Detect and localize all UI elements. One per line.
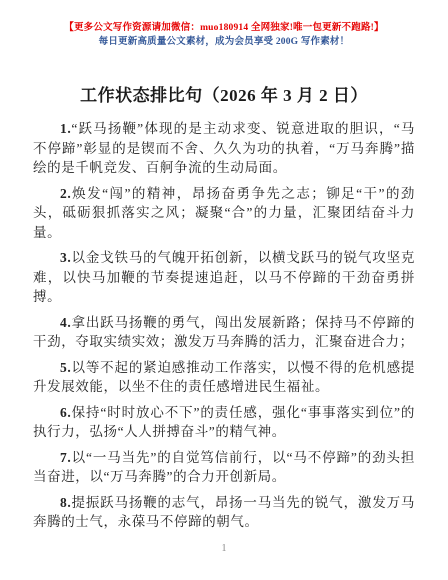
paragraph-4: 4.拿出跃马扬鞭的勇气，闯出发展新路；保持马不停蹄的干劲，夺取实绩实效；激发万马… — [33, 313, 415, 352]
paragraph-number: 2. — [60, 186, 71, 201]
paragraph-text: 以“一马当先”的自觉笃信前行，以“马不停蹄”的劲头担当奋进，以“万马奔腾”的合力… — [33, 450, 415, 485]
promo-header: 【更多公文写作资源请加微信：muo180914 全网独家!唯一包更新不跑路!】 … — [33, 22, 415, 49]
paragraph-6: 6.保持“时时放心不下”的责任感，强化“事事落实到位”的执行力，弘扬“人人拼搏奋… — [33, 403, 415, 442]
paragraph-number: 1. — [60, 121, 71, 136]
promo-line-blue: 每日更新高质量公文素材，成为会员享受 200G 写作素材！ — [33, 36, 415, 49]
document-page: 【更多公文写作资源请加微信：muo180914 全网独家!唯一包更新不跑路!】 … — [0, 0, 448, 580]
paragraph-text: 以等不起的紧迫感推动工作落实，以慢不得的危机感提升发展效能，以坐不住的责任感增进… — [33, 360, 415, 395]
paragraph-text: 拿出跃马扬鞭的勇气，闯出发展新路；保持马不停蹄的干劲，夺取实绩实效；激发万马奔腾… — [33, 315, 415, 350]
paragraph-number: 7. — [60, 450, 71, 465]
paragraph-number: 3. — [60, 250, 71, 265]
paragraph-text: 焕发“闯”的精神，昂扬奋勇争先之志；铆足“干”的劲头，砥砺狠抓落实之风；凝聚“合… — [33, 186, 415, 240]
paragraph-text: 保持“时时放心不下”的责任感，强化“事事落实到位”的执行力，弘扬“人人拼搏奋斗”… — [33, 405, 415, 440]
paragraph-text: 以金戈铁马的气魄开拓创新，以横戈跃马的锐气攻坚克难，以快马加鞭的节奏提速追赶，以… — [33, 250, 415, 304]
paragraph-number: 5. — [60, 360, 71, 375]
paragraph-1: 1.“跃马扬鞭”体现的是主动求变、锐意进取的胆识，“马不停蹄”彰显的是锲而不舍、… — [33, 119, 415, 178]
paragraph-2: 2.焕发“闯”的精神，昂扬奋勇争先之志；铆足“干”的劲头，砥砺狠抓落实之风；凝聚… — [33, 184, 415, 243]
paragraph-text: “跃马扬鞭”体现的是主动求变、锐意进取的胆识，“马不停蹄”彰显的是锲而不舍、久久… — [33, 121, 415, 175]
paragraph-number: 4. — [60, 315, 71, 330]
document-title: 工作状态排比句（2026 年 3 月 2 日） — [33, 81, 415, 106]
page-number: 1 — [0, 543, 448, 554]
paragraph-5: 5.以等不起的紧迫感推动工作落实，以慢不得的危机感提升发展效能，以坐不住的责任感… — [33, 358, 415, 397]
paragraph-7: 7.以“一马当先”的自觉笃信前行，以“马不停蹄”的劲头担当奋进，以“万马奔腾”的… — [33, 448, 415, 487]
paragraph-text: 提振跃马扬鞭的志气，昂扬一马当先的锐气，激发万马奔腾的士气，永葆马不停蹄的朝气。 — [33, 495, 415, 530]
paragraph-8: 8.提振跃马扬鞭的志气，昂扬一马当先的锐气，激发万马奔腾的士气，永葆马不停蹄的朝… — [33, 493, 415, 532]
paragraph-3: 3.以金戈铁马的气魄开拓创新，以横戈跃马的锐气攻坚克难，以快马加鞭的节奏提速追赶… — [33, 248, 415, 307]
promo-line-red: 【更多公文写作资源请加微信：muo180914 全网独家!唯一包更新不跑路!】 — [33, 22, 415, 35]
paragraph-number: 8. — [60, 495, 71, 510]
document-body: 1.“跃马扬鞭”体现的是主动求变、锐意进取的胆识，“马不停蹄”彰显的是锲而不舍、… — [33, 119, 415, 532]
paragraph-number: 6. — [60, 405, 71, 420]
